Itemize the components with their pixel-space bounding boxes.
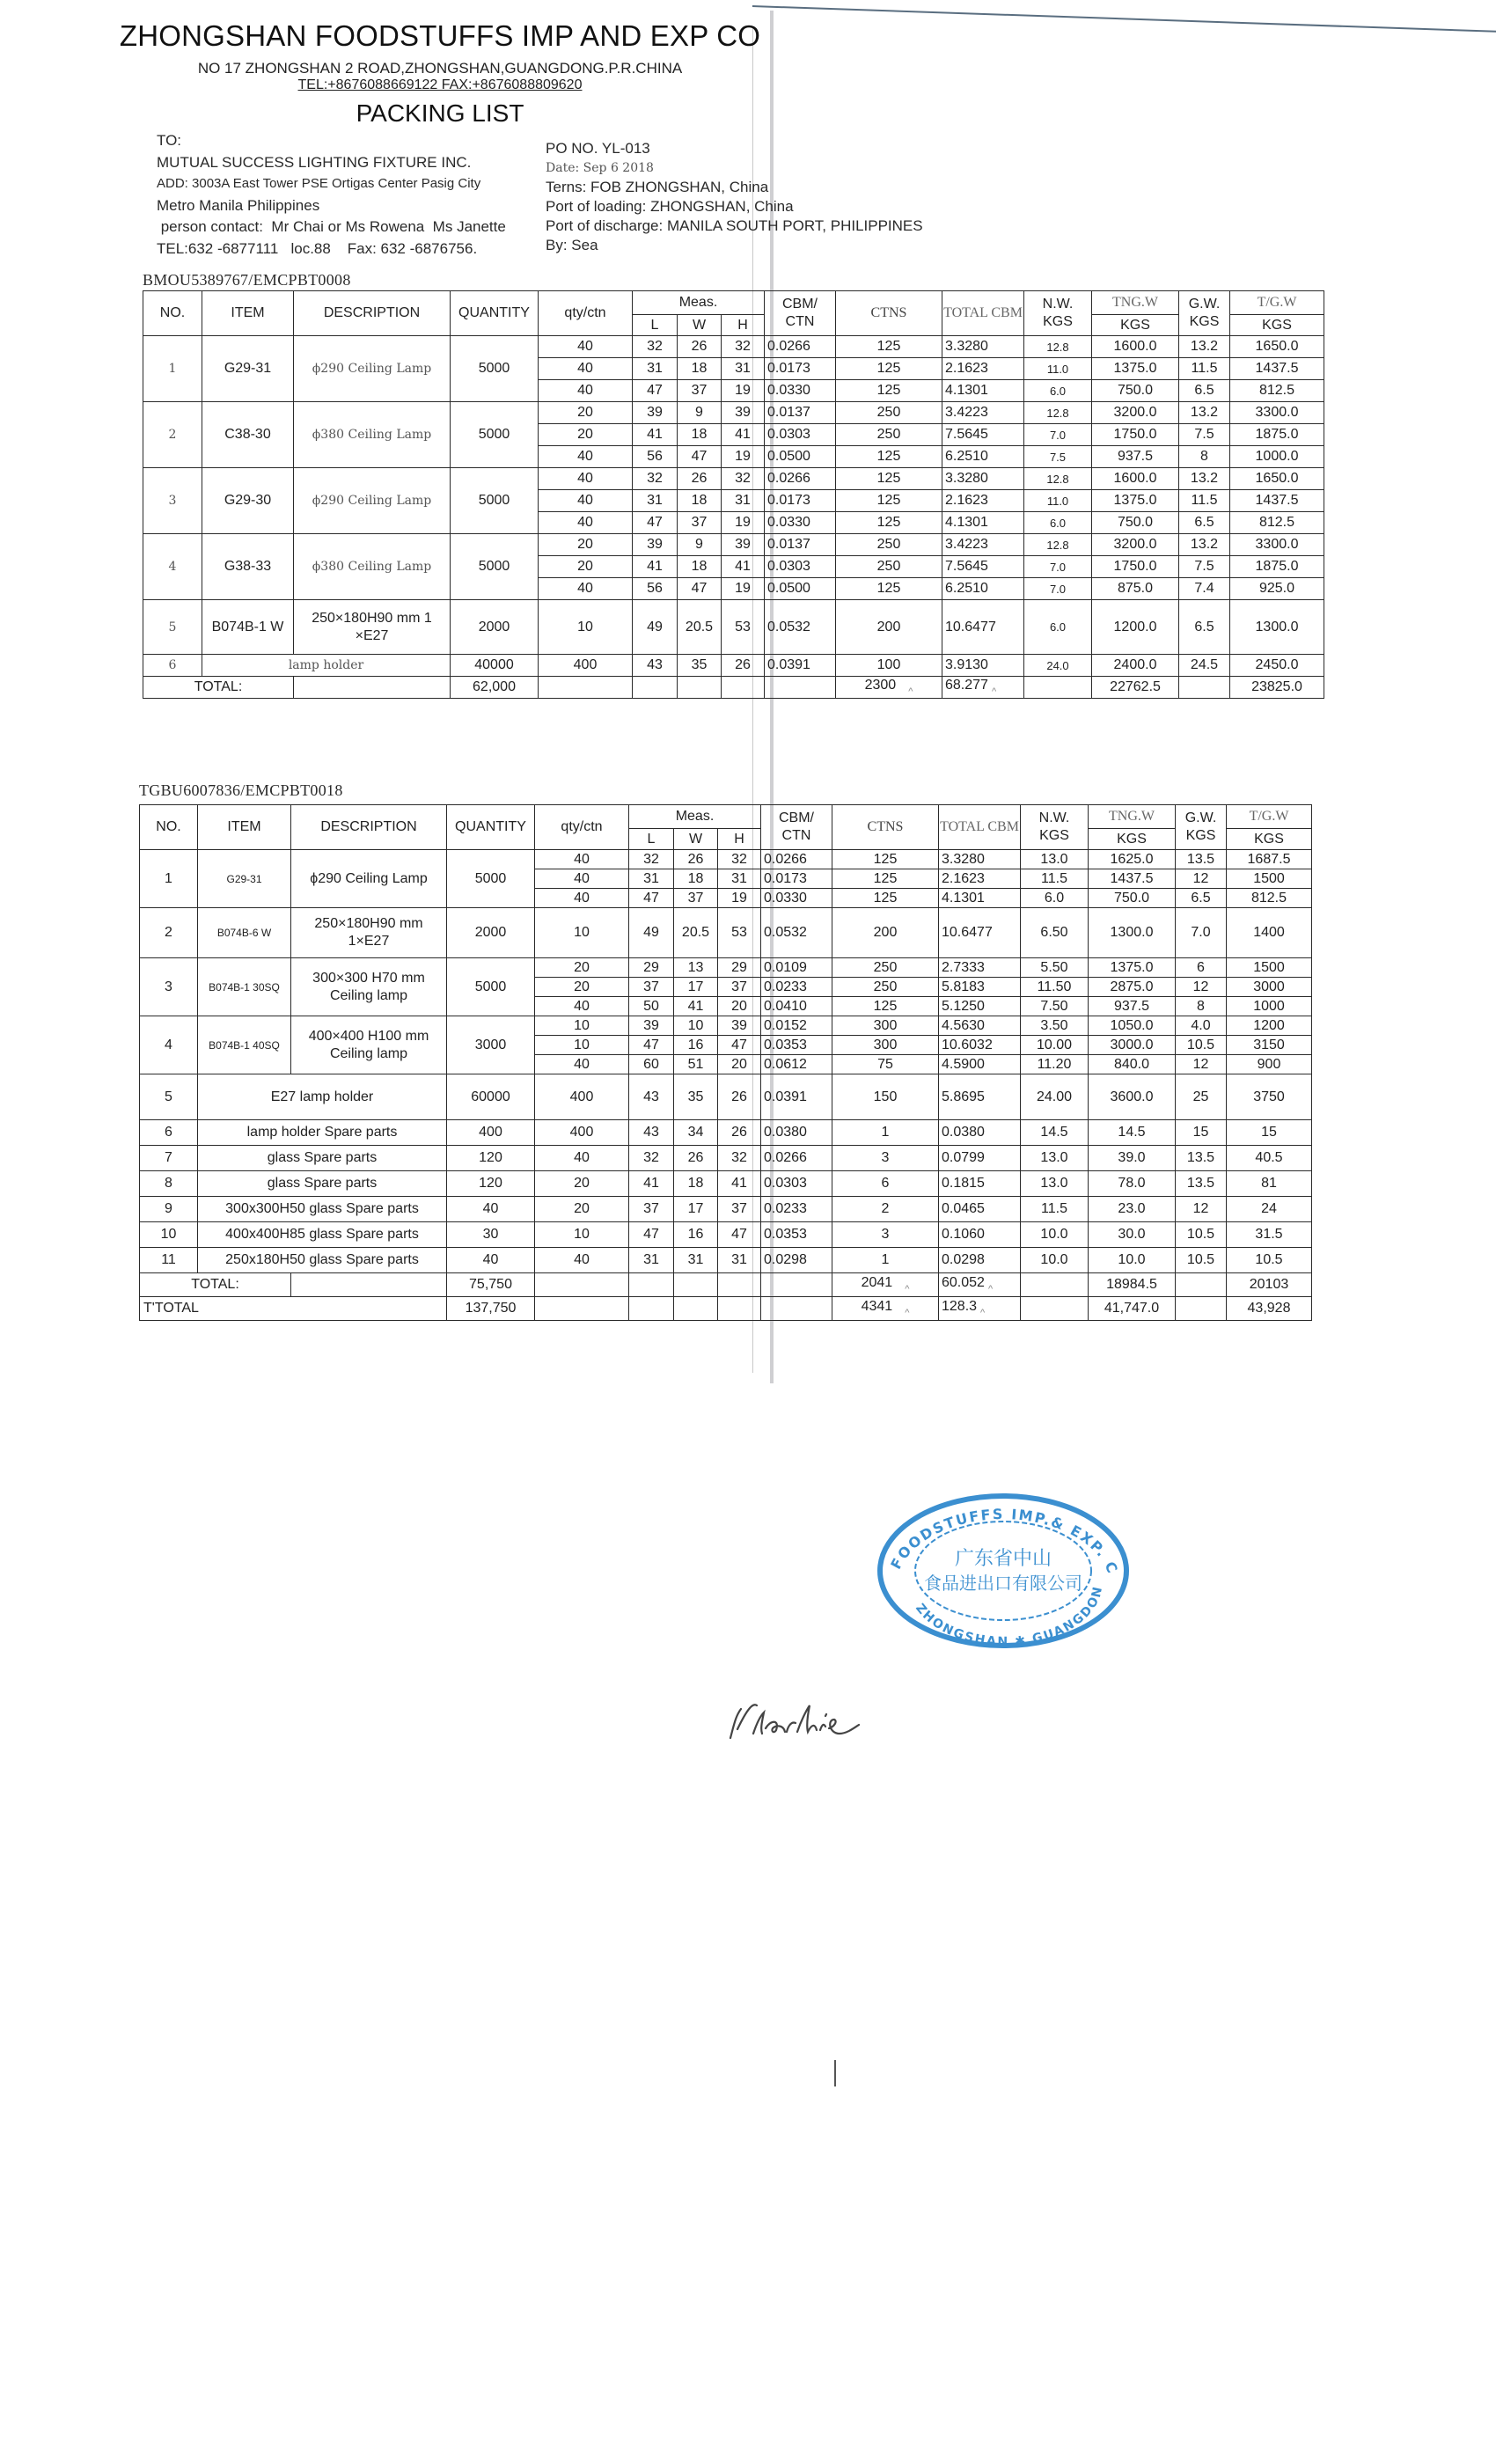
item-quantity: 30 <box>447 1222 535 1248</box>
total-net-weight: 1200.0 <box>1092 600 1179 655</box>
net-weight: 12.8 <box>1024 468 1092 490</box>
cbm-per-carton: 0.0173 <box>761 869 832 889</box>
qty-per-carton: 10 <box>535 1036 629 1055</box>
item-quantity: 5000 <box>447 958 535 1016</box>
item-description: 300x300H50 glass Spare parts <box>198 1197 447 1222</box>
qty-per-carton: 40 <box>535 869 629 889</box>
table-row: 1G29-31ϕ290 Ceiling Lamp5000403226320.02… <box>143 336 1324 358</box>
column-header-length: L <box>629 829 674 850</box>
height: 20 <box>718 1055 761 1074</box>
cartons: 250 <box>836 534 942 556</box>
cartons: 150 <box>832 1074 939 1120</box>
length: 47 <box>633 512 678 534</box>
cbm-per-carton: 0.0500 <box>765 446 836 468</box>
qty-per-carton: 10 <box>535 908 629 958</box>
total-gross-weight: 2450.0 <box>1230 655 1324 677</box>
item-quantity: 5000 <box>451 402 539 468</box>
item-description: E27 lamp holder <box>198 1074 447 1120</box>
width: 10 <box>674 1016 718 1036</box>
empty-cell <box>291 1273 447 1297</box>
net-weight: 11.0 <box>1024 358 1092 380</box>
empty-cell <box>1024 677 1092 699</box>
cbm-per-carton: 0.0266 <box>761 850 832 869</box>
grand-total-label: T'TOTAL <box>140 1297 447 1321</box>
table-row: 6lamp holder Spare parts4004004334260.03… <box>140 1120 1312 1146</box>
cbm-per-carton: 0.0330 <box>765 380 836 402</box>
column-header-width: W <box>678 315 722 336</box>
cartons: 125 <box>836 358 942 380</box>
height: 19 <box>722 446 765 468</box>
column-header-gross-weight: G.W.KGS <box>1179 291 1230 336</box>
gross-weight: 25 <box>1176 1074 1227 1120</box>
item-quantity: 120 <box>447 1146 535 1171</box>
total-label: TOTAL: <box>143 677 294 699</box>
length: 37 <box>629 1197 674 1222</box>
check-mark-icon: ^ <box>980 1308 985 1318</box>
width: 16 <box>674 1222 718 1248</box>
total-gross-weight: 3300.0 <box>1230 534 1324 556</box>
net-weight: 7.0 <box>1024 556 1092 578</box>
row-number: 1 <box>140 850 198 908</box>
cartons: 125 <box>832 869 939 889</box>
row-number: 1 <box>143 336 202 402</box>
total-gross-weight: 812.5 <box>1230 380 1324 402</box>
total-gross-weight: 1400 <box>1227 908 1312 958</box>
total-net-weight: 937.5 <box>1092 446 1179 468</box>
cartons: 3 <box>832 1146 939 1171</box>
check-mark-icon: ^ <box>988 1284 993 1294</box>
width: 35 <box>674 1074 718 1120</box>
item-description: 250x180H50 glass Spare parts <box>198 1248 447 1273</box>
net-weight: 24.00 <box>1021 1074 1089 1120</box>
length: 49 <box>633 600 678 655</box>
gross-weight: 13.2 <box>1179 402 1230 424</box>
total-net-weight: 3000.0 <box>1089 1036 1176 1055</box>
net-weight: 7.0 <box>1024 424 1092 446</box>
height: 41 <box>722 424 765 446</box>
total-net-weight: 39.0 <box>1089 1146 1176 1171</box>
net-weight: 11.0 <box>1024 490 1092 512</box>
cbm-per-carton: 0.0266 <box>765 468 836 490</box>
total-net-weight: 1750.0 <box>1092 424 1179 446</box>
cbm-per-carton: 0.0137 <box>765 402 836 424</box>
total-gross-weight: 1437.5 <box>1230 358 1324 380</box>
qty-per-carton: 10 <box>535 1222 629 1248</box>
qty-per-carton: 40 <box>535 889 629 908</box>
column-header-total-cbm: TOTAL CBM <box>942 291 1024 336</box>
total-cbm: 3.3280 <box>942 336 1024 358</box>
cbm-per-carton: 0.0410 <box>761 997 832 1016</box>
total-cbm: 4.1301 <box>942 380 1024 402</box>
total-net-weight: 1437.5 <box>1089 869 1176 889</box>
width: 9 <box>678 534 722 556</box>
net-weight: 12.8 <box>1024 534 1092 556</box>
row-number: 4 <box>143 534 202 600</box>
length: 56 <box>633 578 678 600</box>
total-cbm: 3.4223 <box>942 534 1024 556</box>
length: 32 <box>633 468 678 490</box>
total-cbm: 4.1301 <box>939 889 1021 908</box>
total-gross-weight: 3750 <box>1227 1074 1312 1120</box>
qty-per-carton: 20 <box>539 424 633 446</box>
item-quantity: 40000 <box>451 655 539 677</box>
scan-artifact-mark <box>834 2060 836 2086</box>
total-gross-weight: 1687.5 <box>1227 850 1312 869</box>
item-quantity: 3000 <box>447 1016 535 1074</box>
height: 47 <box>718 1036 761 1055</box>
consignee-block: TO: MUTUAL SUCCESS LIGHTING FIXTURE INC.… <box>157 130 506 260</box>
net-weight: 11.50 <box>1021 978 1089 997</box>
gross-weight: 12 <box>1176 1055 1227 1074</box>
height: 31 <box>718 869 761 889</box>
table-row: 6lamp holder400004004335260.03911003.913… <box>143 655 1324 677</box>
cbm-per-carton: 0.0330 <box>761 889 832 908</box>
cartons: 125 <box>836 490 942 512</box>
total-net-weight: 1600.0 <box>1092 468 1179 490</box>
column-header-item: ITEM <box>202 291 294 336</box>
length: 31 <box>633 490 678 512</box>
check-mark-icon: ^ <box>905 1284 909 1294</box>
qty-per-carton: 40 <box>539 578 633 600</box>
total-gross-weight: 1875.0 <box>1230 424 1324 446</box>
empty-cell <box>535 1297 629 1321</box>
length: 50 <box>629 997 674 1016</box>
item-quantity: 120 <box>447 1171 535 1197</box>
length: 37 <box>629 978 674 997</box>
net-weight: 24.0 <box>1024 655 1092 677</box>
height: 19 <box>722 578 765 600</box>
total-gross-weight: 1300.0 <box>1230 600 1324 655</box>
cartons: 200 <box>832 908 939 958</box>
length: 29 <box>629 958 674 978</box>
column-header-total-gross-weight: T/G.W <box>1230 291 1324 315</box>
document-date: Date: Sep 6 2018 <box>546 158 923 178</box>
total-gross-weight: 23825.0 <box>1230 677 1324 699</box>
width: 20.5 <box>674 908 718 958</box>
cartons: 75 <box>832 1055 939 1074</box>
company-contact: TEL:+8676088669122 FAX:+8676088809620 <box>0 77 880 93</box>
total-gross-weight: 10.5 <box>1227 1248 1312 1273</box>
total-cbm: 0.1815 <box>939 1171 1021 1197</box>
width: 37 <box>674 889 718 908</box>
height: 19 <box>722 512 765 534</box>
net-weight: 3.50 <box>1021 1016 1089 1036</box>
width: 26 <box>678 336 722 358</box>
cartons: 125 <box>836 512 942 534</box>
item-code: B074B-6 W <box>198 908 291 958</box>
gross-weight: 24.5 <box>1179 655 1230 677</box>
cbm-per-carton: 0.0137 <box>765 534 836 556</box>
consignee-address-line1: ADD: 3003A East Tower PSE Ortigas Center… <box>157 173 506 195</box>
table-row: 5B074B-1 W250×180H90 mm 1×E272000104920.… <box>143 600 1324 655</box>
length: 43 <box>629 1120 674 1146</box>
item-quantity: 2000 <box>447 908 535 958</box>
cartons: 3 <box>832 1222 939 1248</box>
total-cbm: 0.1060 <box>939 1222 1021 1248</box>
column-header-height: H <box>718 829 761 850</box>
qty-per-carton: 40 <box>535 1055 629 1074</box>
total-gross-weight: 1875.0 <box>1230 556 1324 578</box>
total-net-weight: 10.0 <box>1089 1248 1176 1273</box>
total-net-weight: 1300.0 <box>1089 908 1176 958</box>
length: 39 <box>633 402 678 424</box>
total-quantity: 137,750 <box>447 1297 535 1321</box>
item-description: lamp holder <box>202 655 451 677</box>
cbm-per-carton: 0.0380 <box>761 1120 832 1146</box>
total-gross-weight: 43,928 <box>1227 1297 1312 1321</box>
cartons: 250 <box>836 556 942 578</box>
item-code: B074B-1 W <box>202 600 294 655</box>
cbm-per-carton: 0.0532 <box>761 908 832 958</box>
gross-weight: 12 <box>1176 869 1227 889</box>
net-weight: 13.0 <box>1021 1171 1089 1197</box>
item-description: ϕ290 Ceiling Lamp <box>291 850 447 908</box>
column-header-total-net-weight: TNG.W <box>1092 291 1179 315</box>
net-weight: 6.50 <box>1021 908 1089 958</box>
height: 53 <box>722 600 765 655</box>
column-header-total-net-weight-unit: KGS <box>1089 829 1176 850</box>
qty-per-carton: 20 <box>535 1197 629 1222</box>
total-cbm: 4.1301 <box>942 512 1024 534</box>
header-row: NO.ITEMDESCRIPTIONQUANTITYqty/ctnMeas.CB… <box>140 805 1312 829</box>
column-header-total-net-weight-unit: KGS <box>1092 315 1179 336</box>
gross-weight: 7.5 <box>1179 424 1230 446</box>
column-header-total-gross-weight-unit: KGS <box>1230 315 1324 336</box>
qty-per-carton: 20 <box>535 1171 629 1197</box>
total-net-weight: 750.0 <box>1092 380 1179 402</box>
total-gross-weight: 20103 <box>1227 1273 1312 1297</box>
cartons: 125 <box>832 997 939 1016</box>
height: 26 <box>718 1120 761 1146</box>
total-cbm: 68.277^ <box>942 677 1024 699</box>
height: 39 <box>718 1016 761 1036</box>
length: 49 <box>629 908 674 958</box>
height: 53 <box>718 908 761 958</box>
total-gross-weight: 1500 <box>1227 869 1312 889</box>
length: 41 <box>629 1171 674 1197</box>
item-description: 250×180H90 mm1×E27 <box>291 908 447 958</box>
column-header-length: L <box>633 315 678 336</box>
cartons: 125 <box>832 850 939 869</box>
cartons: 250 <box>832 978 939 997</box>
cartons: 200 <box>836 600 942 655</box>
net-weight: 5.50 <box>1021 958 1089 978</box>
total-gross-weight: 31.5 <box>1227 1222 1312 1248</box>
item-quantity: 5000 <box>447 850 535 908</box>
total-cartons: 4341^ <box>832 1297 939 1321</box>
total-cbm: 3.3280 <box>939 850 1021 869</box>
item-quantity: 400 <box>447 1120 535 1146</box>
net-weight: 10.00 <box>1021 1036 1089 1055</box>
empty-cell <box>1176 1297 1227 1321</box>
width: 35 <box>678 655 722 677</box>
total-net-weight: 2875.0 <box>1089 978 1176 997</box>
cbm-per-carton: 0.0303 <box>765 424 836 446</box>
column-header-description: DESCRIPTION <box>291 805 447 850</box>
column-header-qty-per-carton: qty/ctn <box>535 805 629 850</box>
total-cbm: 3.9130 <box>942 655 1024 677</box>
item-description: 400×400 H100 mmCeiling lamp <box>291 1016 447 1074</box>
port-of-discharge: Port of discharge: MANILA SOUTH PORT, PH… <box>546 216 923 236</box>
packing-table-container-1: NO.ITEMDESCRIPTIONQUANTITYqty/ctnMeas.CB… <box>143 290 1324 699</box>
empty-cell <box>674 1273 718 1297</box>
cbm-per-carton: 0.0330 <box>765 512 836 534</box>
table-row: 8glass Spare parts120204118410.030360.18… <box>140 1171 1312 1197</box>
column-header-cbm-per-carton: CBM/CTN <box>761 805 832 850</box>
item-description: ϕ290 Ceiling Lamp <box>294 468 451 534</box>
row-number: 3 <box>143 468 202 534</box>
length: 47 <box>629 889 674 908</box>
column-header-width: W <box>674 829 718 850</box>
total-net-weight: 3200.0 <box>1092 534 1179 556</box>
total-net-weight: 3200.0 <box>1092 402 1179 424</box>
cartons: 125 <box>836 578 942 600</box>
item-code: B074B-1 30SQ <box>198 958 291 1016</box>
qty-per-carton: 20 <box>539 556 633 578</box>
cartons: 300 <box>832 1036 939 1055</box>
cbm-per-carton: 0.0500 <box>765 578 836 600</box>
net-weight: 12.8 <box>1024 336 1092 358</box>
consignee-address-line2: Metro Manila Philippines <box>157 195 506 217</box>
cbm-per-carton: 0.0298 <box>761 1248 832 1273</box>
row-number: 6 <box>140 1120 198 1146</box>
column-header-height: H <box>722 315 765 336</box>
shipment-block: PO NO. YL-013 Date: Sep 6 2018 Terns: FO… <box>546 139 923 255</box>
cbm-per-carton: 0.0266 <box>761 1146 832 1171</box>
total-cbm: 0.0799 <box>939 1146 1021 1171</box>
cbm-per-carton: 0.0233 <box>761 978 832 997</box>
item-description: ϕ380 Ceiling Lamp <box>294 402 451 468</box>
width: 18 <box>678 490 722 512</box>
gross-weight: 4.0 <box>1176 1016 1227 1036</box>
consignee-name: MUTUAL SUCCESS LIGHTING FIXTURE INC. <box>157 152 506 174</box>
total-gross-weight: 812.5 <box>1230 512 1324 534</box>
consignee-contact: person contact: Mr Chai or Ms Rowena Ms … <box>157 216 506 238</box>
total-gross-weight: 1650.0 <box>1230 336 1324 358</box>
net-weight: 13.0 <box>1021 850 1089 869</box>
empty-cell <box>1179 677 1230 699</box>
cartons: 125 <box>836 468 942 490</box>
column-header-no: NO. <box>143 291 202 336</box>
width: 26 <box>674 1146 718 1171</box>
net-weight: 7.50 <box>1021 997 1089 1016</box>
gross-weight: 13.2 <box>1179 534 1230 556</box>
gross-weight: 10.5 <box>1176 1248 1227 1273</box>
table-row: 1G29-31ϕ290 Ceiling Lamp5000403226320.02… <box>140 850 1312 869</box>
table-row: 11250x180H50 glass Spare parts4040313131… <box>140 1248 1312 1273</box>
gross-weight: 11.5 <box>1179 358 1230 380</box>
total-net-weight: 1375.0 <box>1089 958 1176 978</box>
table-row: 9300x300H50 glass Spare parts40203717370… <box>140 1197 1312 1222</box>
cartons: 125 <box>832 889 939 908</box>
width: 31 <box>674 1248 718 1273</box>
height: 19 <box>722 380 765 402</box>
gross-weight: 6 <box>1176 958 1227 978</box>
gross-weight: 15 <box>1176 1120 1227 1146</box>
cartons: 6 <box>832 1171 939 1197</box>
cbm-per-carton: 0.0152 <box>761 1016 832 1036</box>
cartons: 1 <box>832 1120 939 1146</box>
item-code: G29-31 <box>202 336 294 402</box>
total-cbm: 60.052^ <box>939 1273 1021 1297</box>
empty-cell <box>294 677 451 699</box>
width: 18 <box>678 358 722 380</box>
total-cbm: 5.1250 <box>939 997 1021 1016</box>
gross-weight: 10.5 <box>1176 1036 1227 1055</box>
column-header-net-weight: N.W.KGS <box>1024 291 1092 336</box>
column-header-no: NO. <box>140 805 198 850</box>
stamp-inner-line2: 食品进出口有限公司 <box>924 1573 1082 1594</box>
item-description: lamp holder Spare parts <box>198 1120 447 1146</box>
total-cbm: 2.1623 <box>942 358 1024 380</box>
total-cbm: 10.6032 <box>939 1036 1021 1055</box>
qty-per-carton: 20 <box>539 402 633 424</box>
width: 37 <box>678 512 722 534</box>
height: 47 <box>718 1222 761 1248</box>
length: 60 <box>629 1055 674 1074</box>
row-number: 11 <box>140 1248 198 1273</box>
total-cbm: 6.2510 <box>942 578 1024 600</box>
total-gross-weight: 3150 <box>1227 1036 1312 1055</box>
item-quantity: 40 <box>447 1248 535 1273</box>
cartons: 125 <box>836 380 942 402</box>
net-weight: 6.0 <box>1021 889 1089 908</box>
total-gross-weight: 40.5 <box>1227 1146 1312 1171</box>
table-row: 5E27 lamp holder600004004335260.03911505… <box>140 1074 1312 1120</box>
total-gross-weight: 15 <box>1227 1120 1312 1146</box>
cartons: 125 <box>836 336 942 358</box>
height: 19 <box>718 889 761 908</box>
column-header-measurements: Meas. <box>629 805 761 829</box>
length: 39 <box>633 534 678 556</box>
container-2-label: TGBU6007836/EMCPBT0018 <box>139 781 343 800</box>
net-weight: 11.20 <box>1021 1055 1089 1074</box>
gross-weight: 10.5 <box>1176 1222 1227 1248</box>
total-cbm: 0.0298 <box>939 1248 1021 1273</box>
total-quantity: 62,000 <box>451 677 539 699</box>
width: 20.5 <box>678 600 722 655</box>
empty-cell <box>718 1297 761 1321</box>
item-code: G29-30 <box>202 468 294 534</box>
length: 39 <box>629 1016 674 1036</box>
check-mark-icon: ^ <box>992 686 996 697</box>
cbm-per-carton: 0.0391 <box>761 1074 832 1120</box>
empty-cell <box>629 1273 674 1297</box>
length: 32 <box>629 850 674 869</box>
item-description: 300×300 H70 mmCeiling lamp <box>291 958 447 1016</box>
length: 31 <box>633 358 678 380</box>
empty-cell <box>761 1297 832 1321</box>
qty-per-carton: 40 <box>539 380 633 402</box>
item-quantity: 60000 <box>447 1074 535 1120</box>
net-weight: 11.5 <box>1021 1197 1089 1222</box>
height: 39 <box>722 534 765 556</box>
column-header-total-cbm: TOTAL CBM <box>939 805 1021 850</box>
qty-per-carton: 10 <box>535 1016 629 1036</box>
width: 47 <box>678 578 722 600</box>
total-cbm: 2.7333 <box>939 958 1021 978</box>
height: 32 <box>718 850 761 869</box>
column-header-qty-per-carton: qty/ctn <box>539 291 633 336</box>
total-gross-weight: 1650.0 <box>1230 468 1324 490</box>
total-net-weight: 14.5 <box>1089 1120 1176 1146</box>
cbm-per-carton: 0.0353 <box>761 1036 832 1055</box>
total-cbm: 3.3280 <box>942 468 1024 490</box>
net-weight: 7.5 <box>1024 446 1092 468</box>
qty-per-carton: 40 <box>539 512 633 534</box>
qty-per-carton: 40 <box>535 1146 629 1171</box>
length: 41 <box>633 556 678 578</box>
